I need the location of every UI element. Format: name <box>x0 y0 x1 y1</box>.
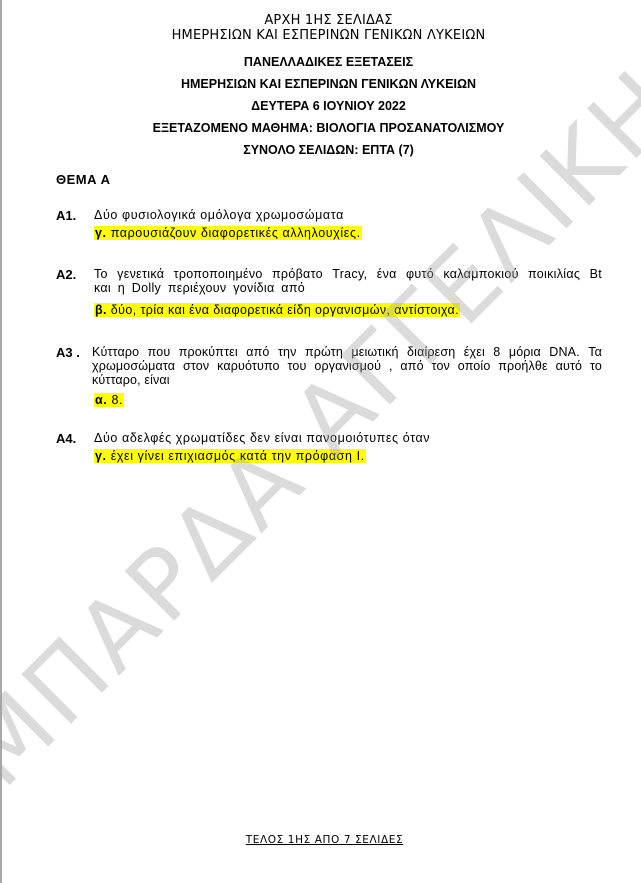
title-schools: ΗΜΕΡΗΣΙΩΝ ΚΑΙ ΕΣΠΕΡΙΝΩΝ ΓΕΝΙΚΩΝ ΛΥΚΕΙΩΝ <box>8 77 641 92</box>
answer-letter: γ. <box>95 226 107 240</box>
page-header-schools: ΗΜΕΡΗΣΙΩΝ ΚΑΙ ΕΣΠΕΡΙΝΩΝ ΓΕΝΙΚΩΝ ΛΥΚΕΙΩΝ <box>8 28 641 43</box>
title-pages: ΣΥΝΟΛΟ ΣΕΛΙΔΩΝ: ΕΠΤΑ (7) <box>8 143 641 158</box>
section-title: ΘΕΜΑ Α <box>56 172 111 187</box>
page-header-start: ΑΡΧΗ 1ΗΣ ΣΕΛΙΔΑΣ <box>8 13 641 28</box>
question-number: A4. <box>56 431 76 446</box>
answer: γ. έχει γίνει επιχιασμός κατά την πρόφασ… <box>94 449 366 464</box>
answer-text: δύο, τρία και ένα διαφορετικά είδη οργαν… <box>111 303 459 317</box>
question-number: A1. <box>56 208 76 223</box>
answer: α. 8. <box>94 393 124 408</box>
answer-letter: γ. <box>95 449 107 463</box>
answer-text: 8. <box>111 393 123 407</box>
answer-text: παρουσιάζουν διαφορετικές αλληλουχίες. <box>111 226 361 240</box>
question-text: Κύτταρο που προκύπτει από την πρώτη μειω… <box>92 345 602 387</box>
question-text: Το γενετικά τροποποιημένο πρόβατο Tracy,… <box>94 267 602 295</box>
page-footer: ΤΕΛΟΣ 1ΗΣ ΑΠΟ 7 ΣΕΛΙΔΕΣ <box>0 834 641 846</box>
answer: β. δύο, τρία και ένα διαφορετικά είδη ορ… <box>94 303 460 318</box>
document-page: ΑΡΧΗ 1ΗΣ ΣΕΛΙΔΑΣ ΗΜΕΡΗΣΙΩΝ ΚΑΙ ΕΣΠΕΡΙΝΩΝ… <box>0 0 641 883</box>
answer-highlight: β. δύο, τρία και ένα διαφορετικά είδη ορ… <box>94 303 460 317</box>
question-text: Δύο αδελφές χρωματίδες δεν είναι πανομοι… <box>94 431 602 445</box>
question-text: Δύο φυσιολογικά ομόλογα χρωμοσώματα <box>94 208 602 222</box>
footer-text: ΤΕΛΟΣ 1ΗΣ ΑΠΟ 7 ΣΕΛΙΔΕΣ <box>238 834 404 846</box>
question-number: A2. <box>56 267 76 282</box>
answer-letter: α. <box>95 393 107 407</box>
question-number: A3 . <box>56 345 80 360</box>
answer-text: έχει γίνει επιχιασμός κατά την πρόφαση Ι… <box>111 449 365 463</box>
title-subject: ΕΞΕΤΑΖΟΜΕΝΟ ΜΑΘΗΜΑ: ΒΙΟΛΟΓΙΑ ΠΡΟΣΑΝΑΤΟΛΙ… <box>8 121 641 136</box>
title-date: ΔΕΥΤΕΡΑ 6 ΙΟΥΝΙΟΥ 2022 <box>8 99 641 114</box>
answer-highlight: γ. έχει γίνει επιχιασμός κατά την πρόφασ… <box>94 449 366 463</box>
answer-highlight: α. 8. <box>94 393 124 407</box>
answer: γ. παρουσιάζουν διαφορετικές αλληλουχίες… <box>94 226 362 241</box>
watermark: ΜΠΑΡΔΑ ΑΓΓΕΛΙΚΗ <box>0 54 641 803</box>
answer-highlight: γ. παρουσιάζουν διαφορετικές αλληλουχίες… <box>94 226 362 240</box>
answer-letter: β. <box>95 303 107 317</box>
title-exams: ΠΑΝΕΛΛΑΔΙΚΕΣ ΕΞΕΤΑΣΕΙΣ <box>8 55 641 70</box>
